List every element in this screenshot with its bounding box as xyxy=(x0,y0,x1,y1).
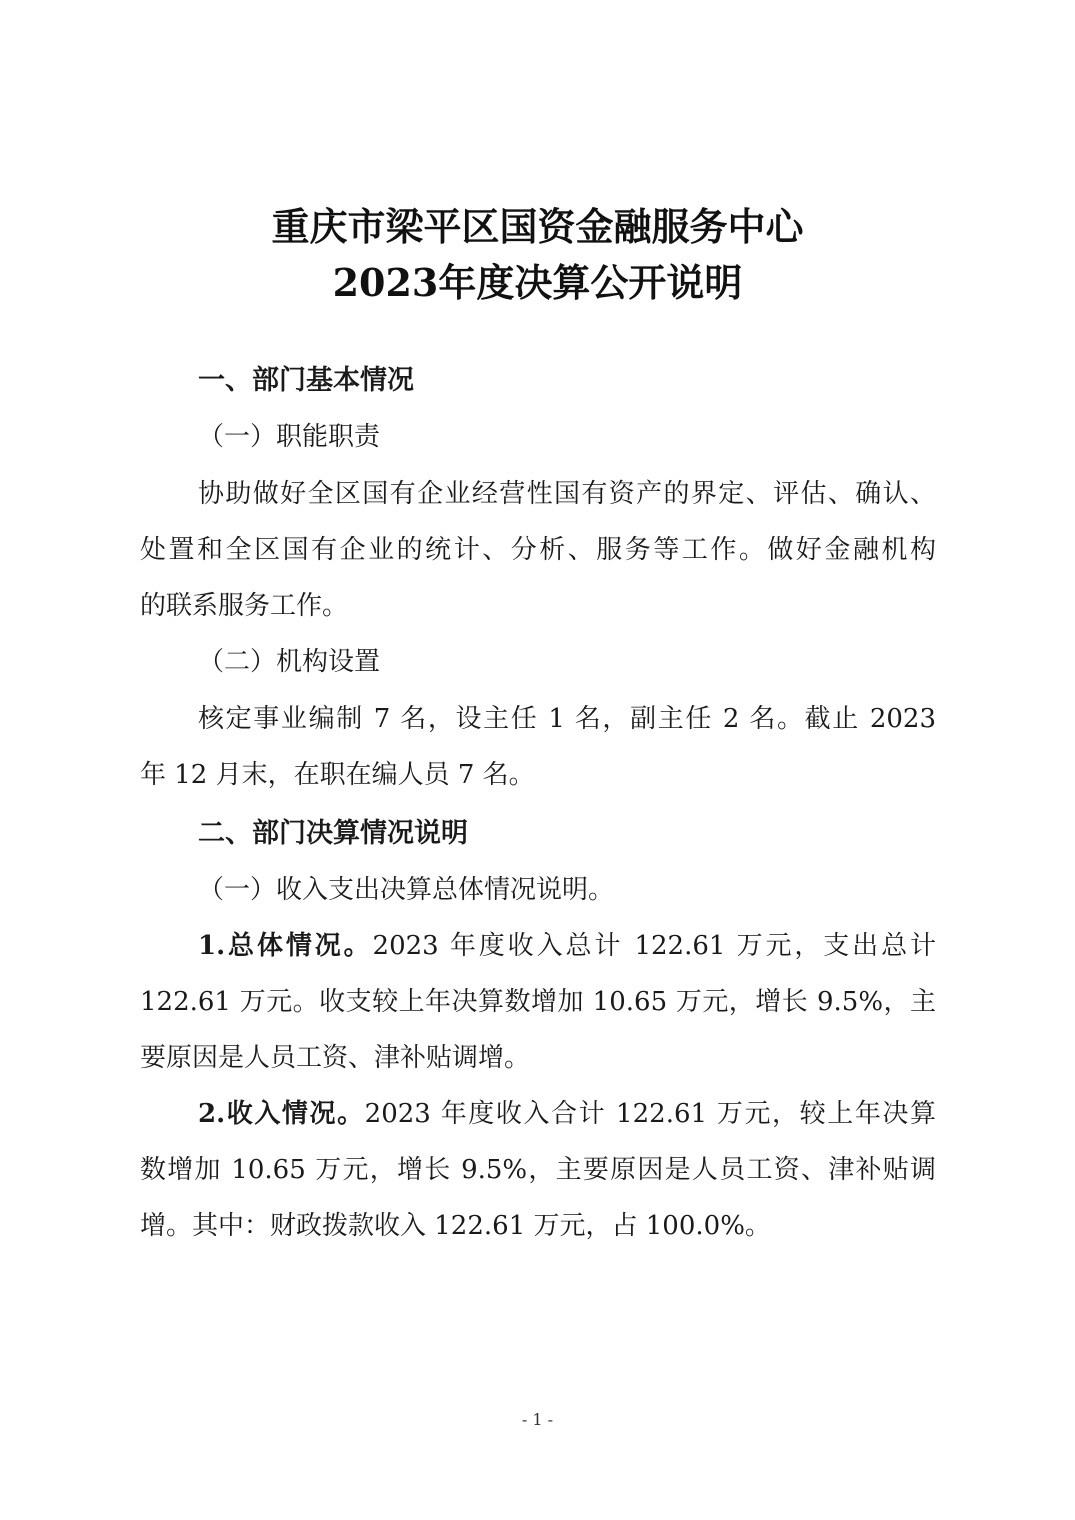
duties-paragraph-line3: 的联系服务工作。 xyxy=(140,589,940,623)
section1-sub1-heading: （一）职能职责 xyxy=(198,420,998,454)
overall-line1-text: 2023 年度收入总计 122.61 万元，支出总计 xyxy=(373,931,936,961)
section1-sub2-heading: （二）机构设置 xyxy=(198,645,998,679)
income-paragraph-line2: 数增加 10.65 万元，增长 9.5%，主要原因是人员工资、津补贴调 xyxy=(140,1153,936,1187)
document-title-line2: 2023年度决算公开说明 xyxy=(0,252,1075,307)
org-paragraph-line2: 年 12 月末，在职在编人员 7 名。 xyxy=(140,758,940,792)
income-lead: 2.收入情况。 xyxy=(198,1099,365,1129)
document-title-line1: 重庆市梁平区国资金融服务中心 xyxy=(0,196,1075,251)
duties-paragraph-line2: 处置和全区国有企业的统计、分析、服务等工作。做好金融机构 xyxy=(140,533,936,567)
income-paragraph-line3: 增。其中：财政拨款收入 122.61 万元，占 100.0%。 xyxy=(140,1209,940,1243)
document-page: 重庆市梁平区国资金融服务中心 2023年度决算公开说明 一、部门基本情况 （一）… xyxy=(0,0,1075,1520)
income-paragraph-line1: 2.收入情况。2023 年度收入合计 122.61 万元，较上年决算 xyxy=(198,1097,936,1131)
section2-sub1-heading: （一）收入支出决算总体情况说明。 xyxy=(198,873,998,907)
overall-paragraph-line3: 要原因是人员工资、津补贴调增。 xyxy=(140,1041,940,1075)
overall-paragraph-line2: 122.61 万元。收支较上年决算数增加 10.65 万元，增长 9.5%，主 xyxy=(140,985,936,1019)
duties-paragraph-line1: 协助做好全区国有企业经营性国有资产的界定、评估、确认、 xyxy=(198,477,936,511)
income-line1-text: 2023 年度收入合计 122.61 万元，较上年决算 xyxy=(365,1099,936,1129)
section1-heading: 一、部门基本情况 xyxy=(198,364,998,398)
overall-lead: 1.总体情况。 xyxy=(198,931,373,961)
section2-heading: 二、部门决算情况说明 xyxy=(198,817,998,851)
page-number: - 1 - xyxy=(0,1410,1075,1429)
overall-paragraph-line1: 1.总体情况。2023 年度收入总计 122.61 万元，支出总计 xyxy=(198,929,936,963)
org-paragraph-line1: 核定事业编制 7 名，设主任 1 名，副主任 2 名。截止 2023 xyxy=(198,702,936,736)
